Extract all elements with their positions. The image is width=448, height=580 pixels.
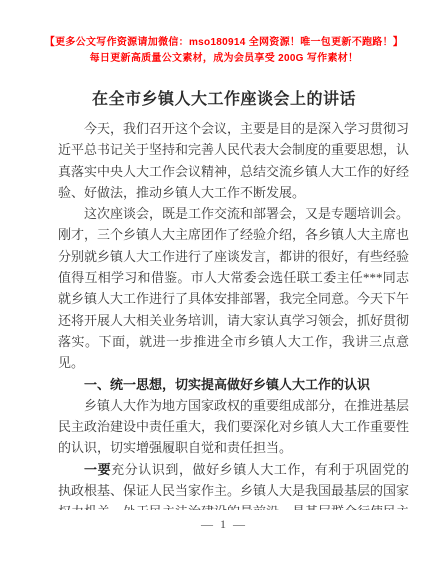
paragraph: 今天，我们召开这个会议，主要是目的是深入学习贯彻习近平总书记关于坚持和完善人民代… <box>58 118 409 203</box>
ad-notice-line-2: 每日更新高质量公文素材，成为会员享受 200G 写作素材！ <box>0 51 448 67</box>
paragraph: 一要充分认识到，做好乡镇人大工作，有利于巩固党的执政根基、保证人民当家作主。乡镇… <box>58 459 409 510</box>
paragraph-text: 充分认识到，做好乡镇人大工作，有利于巩固党的执政根基、保证人民当家作主。乡镇人大… <box>58 462 409 510</box>
ad-notice-line-1: 【更多公文写作资源请加微信：mso180914 全网资源！唯一包更新不跑路！】 <box>0 35 448 51</box>
paragraph-bold-lead: 一要 <box>84 462 111 477</box>
page-number-footer: — 1 — <box>0 517 448 532</box>
section-heading-1: 一、统一思想，切实提高做好乡镇人大工作的认识 <box>58 374 409 395</box>
paragraph: 这次座谈会，既是工作交流和部署会，又是专题培训会。刚才，三个乡镇人大主席团作了经… <box>58 203 409 373</box>
ad-notice-block: 【更多公文写作资源请加微信：mso180914 全网资源！唯一包更新不跑路！】 … <box>0 35 448 67</box>
paragraph: 乡镇人大作为地方国家政权的重要组成部分，在推进基层民主政治建设中责任重大，我们要… <box>58 395 409 459</box>
document-page: 【更多公文写作资源请加微信：mso180914 全网资源！唯一包更新不跑路！】 … <box>0 0 448 580</box>
document-title: 在全市乡镇人大工作座谈会上的讲话 <box>0 88 448 112</box>
document-body: 今天，我们召开这个会议，主要是目的是深入学习贯彻习近平总书记关于坚持和完善人民代… <box>58 118 409 510</box>
